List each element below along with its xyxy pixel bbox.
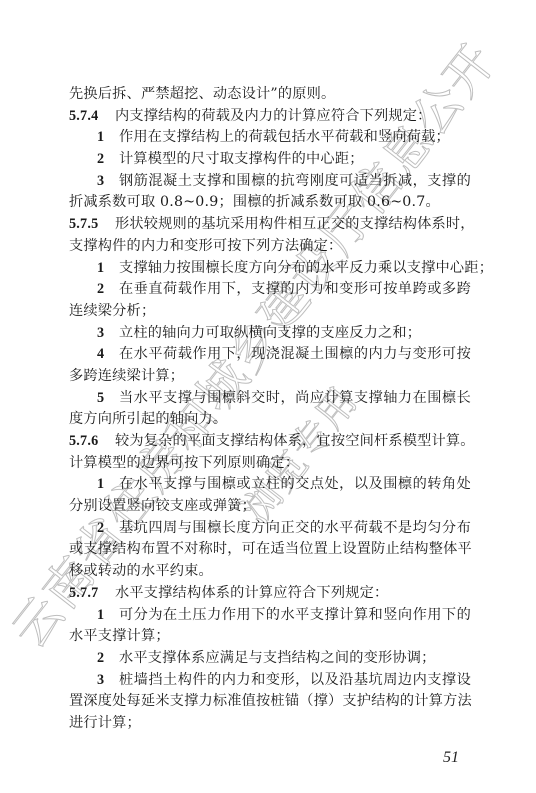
item-number: 4 [97, 344, 119, 366]
paragraph-text: 先换后拆、严禁超挖、动态设计”的原则。 [69, 86, 335, 102]
item-number: 5 [97, 388, 119, 410]
paragraph-text: 分别设置竖向铰支座或弹簧； [69, 498, 256, 514]
item-text: 在垂直荷载作用下，支撑的内力和变形可按单跨或多跨 [119, 279, 471, 301]
item-number: 2 [97, 648, 119, 670]
item-number: 2 [97, 279, 119, 301]
list-item-line: 3桩墙挡土构件的内力和变形，以及沿基坑周边内支撑设 [69, 670, 471, 692]
document-body: 先换后拆、严禁超挖、动态设计”的原则。5.7.4内支撑结构的荷载及内力的计算应符… [69, 84, 471, 735]
paragraph-line: 进行计算； [69, 713, 471, 735]
item-number: 1 [97, 474, 119, 496]
item-text: 在水平支撑与围檩或立柱的交点处，以及围檩的转角处 [119, 474, 471, 496]
item-text: 当水平支撑与围檩斜交时，尚应计算支撑轴力在围檩长 [119, 388, 471, 410]
list-item-line: 1作用在支撑结构上的荷载包括水平荷载和竖向荷载； [69, 127, 471, 149]
item-text: 在水平荷载作用下，现浇混凝土围檩的内力与变形可按 [119, 344, 471, 366]
paragraph-line: 移或转动的水平约束。 [69, 561, 471, 583]
paragraph-line: 折减系数可取 0.8~0.9；围檩的折减系数可取 0.6~0.7。 [69, 192, 471, 214]
paragraph-line: 置深度处每延米支撑力标准值按桩锚（撑）支护结构的计算方法 [69, 691, 471, 713]
list-item-line: 2水平支撑体系应满足与支挡结构之间的变形协调； [69, 648, 471, 670]
item-number: 1 [97, 127, 119, 149]
paragraph-line: 连续梁分析； [69, 301, 471, 323]
item-text: 基坑四周与围檩长度方向正交的水平荷载不是均匀分布 [119, 518, 471, 540]
list-item-line: 2计算模型的尺寸取支撑构件的中心距； [69, 149, 471, 171]
paragraph-text: 或支撑结构布置不对称时，可在适当位置上设置防止结构整体平 [69, 539, 471, 561]
paragraph-text: 折减系数可取 0.8~0.9；围檩的折减系数可取 0.6~0.7。 [69, 194, 440, 210]
paragraph-text: 移或转动的水平约束。 [69, 563, 213, 579]
item-text: 桩墙挡土构件的内力和变形，以及沿基坑周边内支撑设 [119, 670, 471, 692]
clause-heading-line: 5.7.5形状较规则的基坑采用构件相互正交的支撑结构体系时， [69, 214, 471, 236]
item-text: 可分为在土压力作用下的水平支撑计算和竖向作用下的 [119, 605, 471, 627]
paragraph-text: 计算模型的边界可按下列原则确定： [69, 455, 299, 471]
clause-heading-line: 5.7.4内支撑结构的荷载及内力的计算应符合下列规定： [69, 106, 471, 128]
item-number: 2 [97, 149, 119, 171]
item-text: 水平支撑体系应满足与支挡结构之间的变形协调； [119, 650, 436, 666]
clause-text: 内支撑结构的荷载及内力的计算应符合下列规定： [115, 108, 432, 124]
item-number: 1 [97, 605, 119, 627]
paragraph-line: 水平支撑计算； [69, 626, 471, 648]
clause-heading-line: 5.7.7水平支撑结构体系的计算应符合下列规定： [69, 583, 471, 605]
paragraph-text: 置深度处每延米支撑力标准值按桩锚（撑）支护结构的计算方法 [69, 691, 471, 713]
clause-text: 形状较规则的基坑采用构件相互正交的支撑结构体系时， [115, 214, 471, 236]
paragraph-line: 支撑构件的内力和变形可按下列方法确定： [69, 236, 471, 258]
paragraph-line: 计算模型的边界可按下列原则确定： [69, 453, 471, 475]
item-number: 1 [97, 258, 119, 280]
item-text: 钢筋混凝土支撑和围檩的抗弯刚度可适当折减，支撑的 [119, 171, 471, 193]
clause-heading-line: 5.7.6较为复杂的平面支撑结构体系，宜按空间杆系模型计算。 [69, 431, 471, 453]
list-item-line: 3立柱的轴向力可取纵横向支撑的支座反力之和； [69, 323, 471, 345]
list-item-line: 3钢筋混凝土支撑和围檩的抗弯刚度可适当折减，支撑的 [69, 171, 471, 193]
clause-number: 5.7.6 [69, 431, 115, 453]
paragraph-line: 分别设置竖向铰支座或弹簧； [69, 496, 471, 518]
paragraph-line: 先换后拆、严禁超挖、动态设计”的原则。 [69, 84, 471, 106]
item-text: 支撑轴力按围檩长度方向分布的水平反力乘以支撑中心距； [119, 258, 471, 280]
paragraph-line: 度方向所引起的轴向力。 [69, 409, 471, 431]
clause-number: 5.7.4 [69, 106, 115, 128]
paragraph-text: 度方向所引起的轴向力。 [69, 411, 227, 427]
paragraph-line: 或支撑结构布置不对称时，可在适当位置上设置防止结构整体平 [69, 539, 471, 561]
item-number: 3 [97, 670, 119, 692]
list-item-line: 2在垂直荷载作用下，支撑的内力和变形可按单跨或多跨 [69, 279, 471, 301]
item-text: 计算模型的尺寸取支撑构件的中心距； [119, 151, 364, 167]
paragraph-line: 多跨连续梁计算； [69, 366, 471, 388]
list-item-line: 1支撑轴力按围檩长度方向分布的水平反力乘以支撑中心距； [69, 258, 471, 280]
clause-number: 5.7.7 [69, 583, 115, 605]
item-text: 作用在支撑结构上的荷载包括水平荷载和竖向荷载； [119, 129, 450, 145]
paragraph-text: 多跨连续梁计算； [69, 368, 184, 384]
item-text: 立柱的轴向力可取纵横向支撑的支座反力之和； [119, 325, 421, 341]
list-item-line: 4在水平荷载作用下，现浇混凝土围檩的内力与变形可按 [69, 344, 471, 366]
paragraph-text: 连续梁分析； [69, 303, 155, 319]
clause-text: 水平支撑结构体系的计算应符合下列规定： [115, 585, 388, 601]
paragraph-text: 进行计算； [69, 715, 141, 731]
paragraph-text: 水平支撑计算； [69, 628, 170, 644]
clause-number: 5.7.5 [69, 214, 115, 236]
item-number: 3 [97, 171, 119, 193]
paragraph-text: 支撑构件的内力和变形可按下列方法确定： [69, 238, 342, 254]
list-item-line: 1在水平支撑与围檩或立柱的交点处，以及围檩的转角处 [69, 474, 471, 496]
list-item-line: 5当水平支撑与围檩斜交时，尚应计算支撑轴力在围檩长 [69, 388, 471, 410]
list-item-line: 1可分为在土压力作用下的水平支撑计算和竖向作用下的 [69, 605, 471, 627]
item-number: 3 [97, 323, 119, 345]
list-item-line: 2基坑四周与围檩长度方向正交的水平荷载不是均匀分布 [69, 518, 471, 540]
page-number: 51 [443, 749, 459, 767]
clause-text: 较为复杂的平面支撑结构体系，宜按空间杆系模型计算。 [115, 431, 471, 453]
item-number: 2 [97, 518, 119, 540]
